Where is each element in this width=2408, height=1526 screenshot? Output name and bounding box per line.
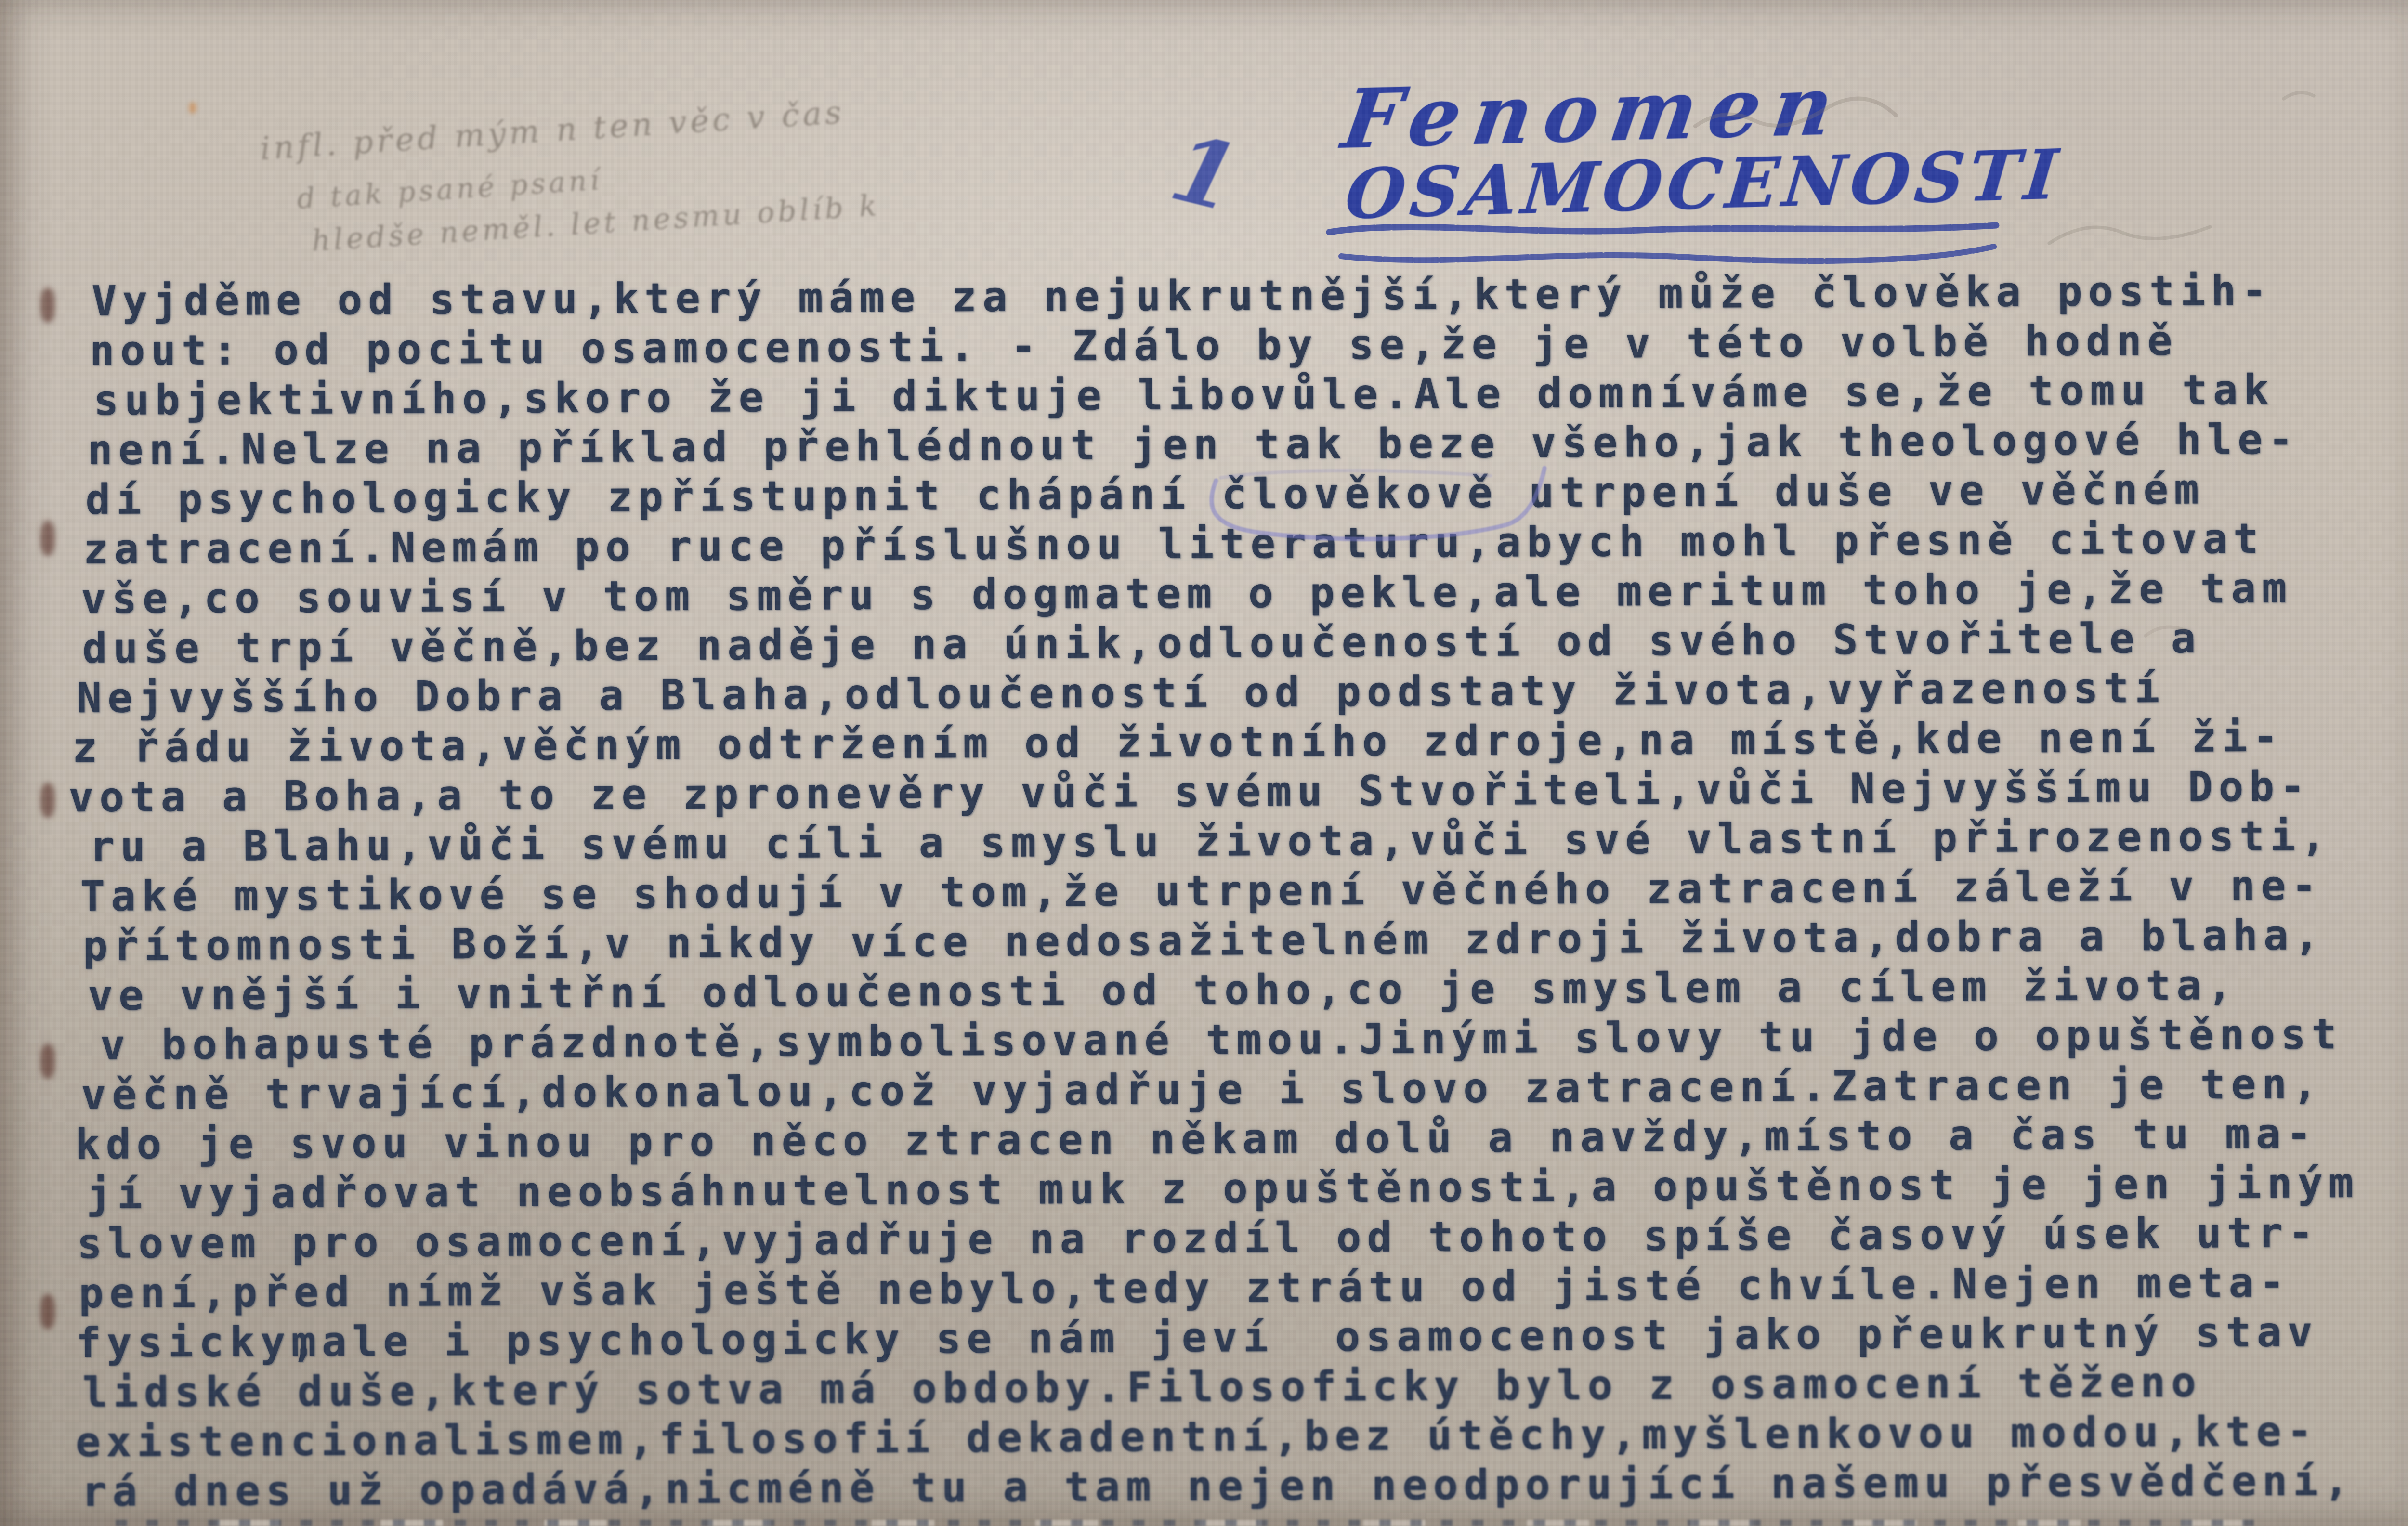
typed-text: dí psychologicky zpřístupnit chápání [85,470,1222,524]
pen-circle-annotation [1182,461,1577,567]
typed-line: rá dnes už opadává,nicméně tu a tam neje… [81,1456,2387,1517]
pencil-note: infl. před mým n ten věc v čas d tak psa… [259,84,882,270]
handwritten-title: Fenomen OSAMOCENOSTI [1343,52,2063,234]
page-edge-mark [40,288,55,323]
page-edge-mark [40,1294,55,1329]
overstrike-mark: , [291,1317,322,1367]
clipped-next-line [116,1520,2267,1526]
typed-text: utrpení duše ve věčném [1498,466,2205,517]
scanned-typewritten-page: infl. před mým n ten věc v čas d tak psa… [0,0,2408,1526]
typed-text: fysicky [76,1318,291,1367]
typed-text-block: Vyjděme od stavu,který máme za nejukrutn… [89,266,2388,1517]
page-edge-mark [40,1044,55,1079]
handwritten-page-number: 1 [1161,113,1249,233]
page-edge-mark [40,783,55,818]
typed-text: ale i psychologicky se nám jeví osamocen… [322,1308,2318,1366]
paper-stain [189,102,196,114]
page-edge-mark [40,521,55,556]
